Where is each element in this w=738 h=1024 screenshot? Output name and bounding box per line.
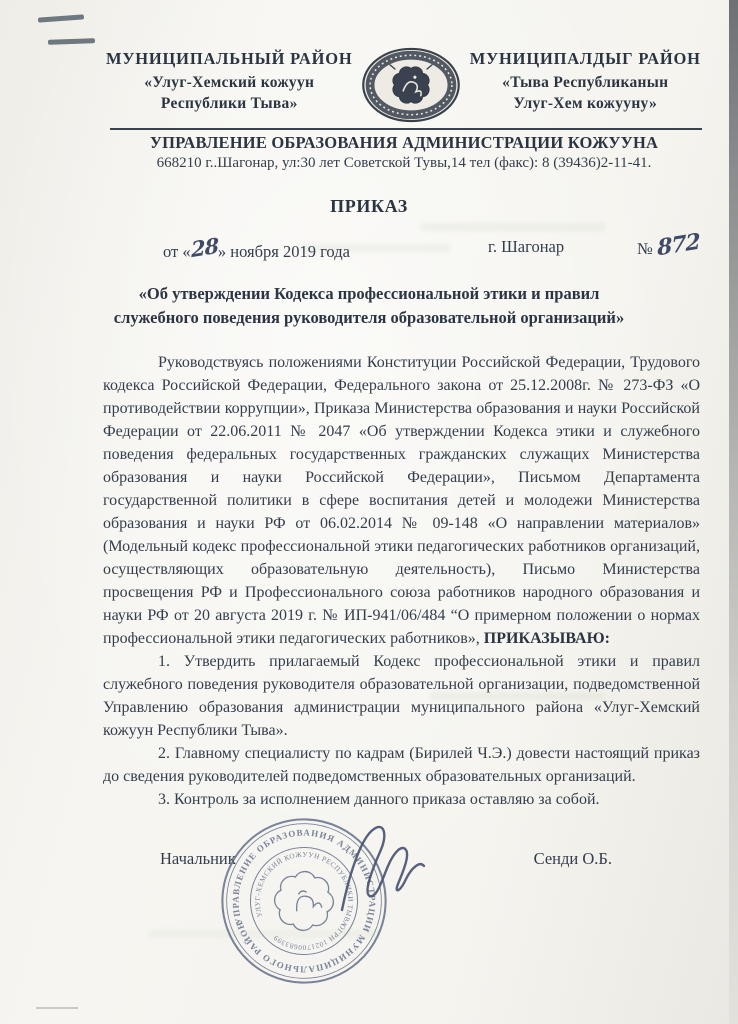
order-title: «Об утверждении Кодекса профессиональной… [52, 282, 686, 330]
order-number: №872 [637, 234, 700, 260]
org-line: МУНИЦИПАЛЬНЫЙ РАЙОН [106, 48, 353, 69]
preamble-paragraph: Руководствуясь положениями Конституции Р… [103, 351, 700, 650]
letterhead-divider [110, 128, 702, 130]
org-name-russian: МУНИЦИПАЛЬНЫЙ РАЙОН «Улуг-Хемский кожуун… [106, 48, 353, 114]
handwritten-day: 28 [190, 233, 218, 262]
preamble-text: Руководствуясь положениями Конституции Р… [103, 354, 700, 647]
order-heading: ПРИКАЗ [0, 196, 738, 217]
coat-of-arms-icon [360, 47, 462, 123]
order-title-line: служебного поведения руководителя образо… [52, 306, 686, 330]
org-line: Республики Тыва» [106, 93, 353, 114]
org-line: «Улуг-Хемский кожуун [106, 72, 353, 93]
org-line: МУНИЦИПАЛДЫГ РАЙОН [469, 48, 702, 69]
order-place: г. Шагонар [488, 237, 564, 257]
org-line: «Тыва Республиканын [469, 72, 702, 93]
handwritten-number: 872 [657, 229, 700, 262]
order-item-3: 3. Контроль за исполнением данного прика… [103, 788, 700, 811]
order-body: Руководствуясь положениями Конституции Р… [103, 351, 700, 811]
copy-mark [36, 1007, 78, 1009]
org-line: Улуг-Хем кожууну» [469, 93, 702, 114]
handwritten-signature [330, 822, 430, 917]
address-line: 668210 г..Шагонар, ул:30 лет Советской Т… [100, 155, 708, 172]
coat-of-arms-emblem [357, 47, 465, 123]
org-name-tuvan: МУНИЦИПАЛДЫГ РАЙОН «Тыва Республиканын У… [469, 48, 702, 114]
letterhead: МУНИЦИПАЛЬНЫЙ РАЙОН «Улуг-Хемский кожуун… [0, 0, 738, 123]
date-place-number-row: от «28» ноября 2019 года г. Шагонар №872 [0, 225, 738, 267]
date-text: от « [163, 242, 191, 261]
prikazyvayu-word: ПРИКАЗЫВАЮ: [484, 630, 610, 647]
bleed-through-artifact [430, 692, 605, 700]
number-sign: № [637, 239, 653, 258]
stamp-horseman-glyph [291, 887, 322, 916]
signer-name: Сенди О.Б. [534, 849, 612, 869]
department-name: УПРАВЛЕНИЕ ОБРАЗОВАНИЯ АДМИНИСТРАЦИИ КОЖ… [100, 133, 708, 153]
scanned-order-document: МУНИЦИПАЛЬНЫЙ РАЙОН «Улуг-Хемский кожуун… [0, 0, 738, 1024]
order-item-1: 1. Утвердить прилагаемый Кодекс професси… [103, 650, 700, 742]
date-text: » ноября 2019 года [218, 242, 350, 261]
order-date: от «28» ноября 2019 года [163, 237, 350, 262]
order-title-line: «Об утверждении Кодекса профессиональной… [52, 282, 686, 306]
order-item-2: 2. Главному специалисту по кадрам (Бирил… [103, 742, 700, 788]
scan-edge-shadow [729, 0, 738, 1024]
